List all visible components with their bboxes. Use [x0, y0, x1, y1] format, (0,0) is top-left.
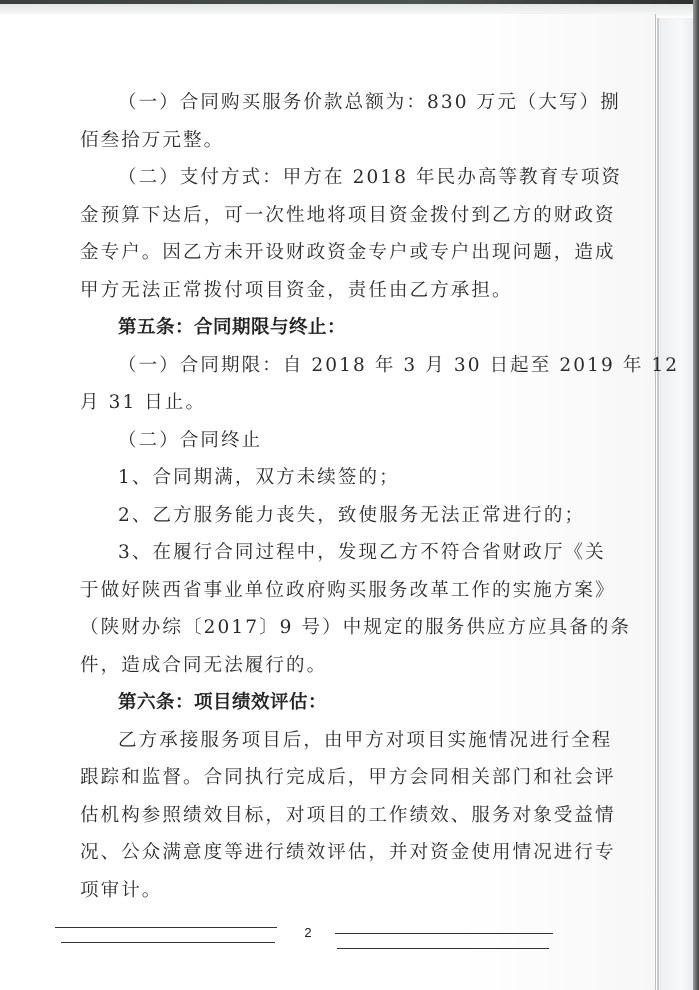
scanner-right-edge	[693, 0, 699, 990]
termination-item-3: 3、在履行合同过程中，发现乙方不符合省财政厅《关	[80, 534, 564, 572]
termination-item-3-cont: （陕财办综〔2017〕9 号）中规定的服务供应方应具备的条	[80, 609, 564, 647]
termination-item-2: 2、乙方服务能力丧失，致使服务无法正常进行的；	[80, 497, 564, 535]
page-number: 2	[298, 925, 318, 940]
article-6-heading: 第六条：项目绩效评估：	[80, 684, 564, 722]
article-5-heading: 第五条：合同期限与终止：	[80, 309, 564, 347]
article-6-body-cont: 跟踪和监督。合同执行完成后，甲方会同相关部门和社会评	[80, 759, 564, 797]
clause-4-2-payment-cont: 金专户。因乙方未开设财政资金专户或专户出现问题，造成	[80, 234, 564, 272]
article-6-body-cont: 项审计。	[80, 872, 564, 910]
termination-item-3-cont: 于做好陕西省事业单位政府购买服务改革工作的实施方案》	[80, 572, 564, 610]
article-6-body-cont: 估机构参照绩效目标，对项目的工作绩效、服务对象受益情	[80, 797, 564, 835]
termination-item-1: 1、合同期满，双方未续签的；	[80, 459, 564, 497]
footer-rule-right-top	[335, 933, 553, 934]
clause-4-2-payment: （二）支付方式：甲方在 2018 年民办高等教育专项资	[80, 159, 564, 197]
contract-body: （一）合同购买服务价款总额为：830 万元（大写）捌 佰叁拾万元整。 （二）支付…	[80, 84, 564, 909]
clause-5-1-term-cont: 月 31 日止。	[80, 384, 564, 422]
footer-rule-left-bottom	[61, 942, 275, 943]
adjacent-sheet-edge	[657, 18, 695, 990]
footer-rule-right-bottom	[337, 948, 549, 949]
footer-rule-left-top	[55, 927, 277, 928]
clause-4-1-price: （一）合同购买服务价款总额为：830 万元（大写）捌	[80, 84, 564, 122]
article-6-body: 乙方承接服务项目后，由甲方对项目实施情况进行全程	[80, 722, 564, 760]
page-footer: 2	[55, 925, 555, 955]
clause-5-2-termination: （二）合同终止	[80, 422, 564, 460]
clause-4-2-payment-cont: 甲方无法正常拨付项目资金，责任由乙方承担。	[80, 272, 564, 310]
scanned-page: （一）合同购买服务价款总额为：830 万元（大写）捌 佰叁拾万元整。 （二）支付…	[0, 0, 699, 990]
termination-item-3-cont: 件，造成合同无法履行的。	[80, 647, 564, 685]
article-6-body-cont: 况、公众满意度等进行绩效评估，并对资金使用情况进行专	[80, 834, 564, 872]
clause-4-1-price-cont: 佰叁拾万元整。	[80, 122, 564, 160]
clause-5-1-term: （一）合同期限：自 2018 年 3 月 30 日起至 2019 年 12	[80, 347, 564, 385]
clause-4-2-payment-cont: 金预算下达后，可一次性地将项目资金拨付到乙方的财政资	[80, 197, 564, 235]
